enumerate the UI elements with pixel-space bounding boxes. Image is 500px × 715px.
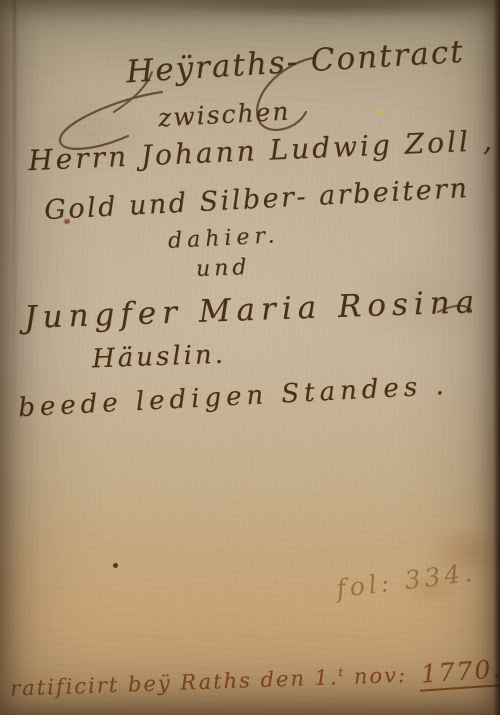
ink-spot-dark	[113, 563, 118, 568]
marital-status-line: beede ledigen Standes .	[18, 371, 450, 424]
place-line: dahier.	[167, 223, 280, 254]
and-line: und	[196, 255, 251, 282]
groom-name-line: Herrn Johann Ludwig Zoll ,	[28, 124, 496, 177]
folio-number-note: fol: 334.	[335, 558, 478, 604]
paper-fiber-speck	[376, 109, 384, 116]
between-line: zwischen	[157, 97, 291, 133]
ratification-prefix: ratificirt beÿ Raths den 1.	[10, 665, 339, 700]
paper-fold-line	[13, 0, 16, 420]
ratification-line: ratificirt beÿ Raths den 1.t nov: 1770.	[10, 655, 500, 704]
bride-name-line: Jungfer Maria Rosina	[24, 284, 481, 336]
ratification-month: nov:	[345, 662, 416, 688]
groom-occupation-line: Gold und Silber- arbeitern	[43, 173, 470, 226]
title-line: Heÿraths- Contract	[125, 34, 465, 91]
manuscript-photo: Heÿraths- Contract zwischen Herrn Johann…	[0, 0, 500, 715]
page-edge-shadow	[493, 0, 500, 715]
ratification-year-underlined: 1770.	[418, 654, 500, 692]
bride-surname-line: Häuslin.	[92, 340, 227, 375]
